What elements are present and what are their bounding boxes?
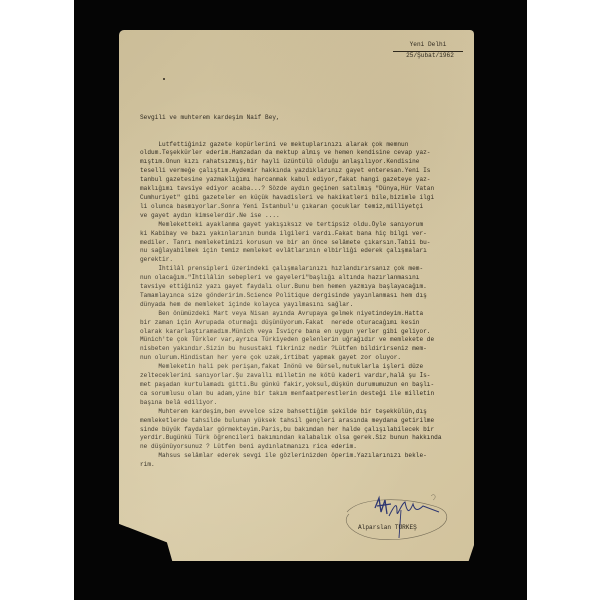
letter-line: maklığımı tavsiye ediyor acaba...? Sözde… (140, 185, 442, 194)
letter-line: oldum.Teşekkürler ederim.Hamzadan da mek… (140, 149, 442, 158)
letter-line: Münich'te çok Türkler var,ayrıca Türkiye… (140, 336, 442, 345)
letter-line: nun olurum.Hindistan her yere çok uzak,i… (140, 354, 442, 363)
signature-name: Alparslan TÜRKEŞ (358, 524, 417, 533)
letter-line: nun olacağım."İhtilâlin sebepleri ve gay… (140, 274, 442, 283)
letter-line: li olunca basmıyorlar.Sonra Yeni Istanbu… (140, 203, 442, 212)
letter-line: Lutfettiğiniz gazete kopürlerini ve mekt… (140, 141, 442, 150)
letter-line: Cumhuriyet" gibi gazeteler en küçük hava… (140, 194, 442, 203)
letter-line: Memleketin hali pek perişan,fakat İnönü … (140, 363, 442, 372)
letter-place: Yeni Delhi (393, 41, 463, 52)
letter-line: olarak kararlaştıramadım.Münich veya İsv… (140, 328, 442, 337)
letter-line: memleketlerde tahsilde bulunan yüksek ta… (140, 417, 442, 426)
letter-line: Muhterem kardeşim,ben evvelce size bahse… (140, 408, 442, 417)
letter-sheet: Yeni Delhi 25/Şubat/1962 Sevgili ve muht… (119, 30, 474, 561)
letter-line: Mahsus selâmlar ederek sevgi ile gözleri… (140, 452, 442, 461)
letter-line: zelteceklerini sanıyorlar.Şu zavallı mil… (140, 372, 442, 381)
letter-line: met paşadan kurtulamadı gitti.Bu günkü f… (140, 381, 442, 390)
letter-line: mıştım.Onun kızı rahatsızmış,bir hayli ü… (140, 158, 442, 167)
letter-line: yerdir.Bugünkü Türk öğrencileri bakımınd… (140, 434, 442, 443)
letter-line: nisbeten yakındır.Sizin bu husustaki fik… (140, 345, 442, 354)
letter-line: Tamamlayınca size gönderirim.Science Pol… (140, 292, 442, 301)
letter-line: rim. (140, 461, 442, 470)
letter-line: tavsiye ettiğiniz yazı gayet faydalı olu… (140, 283, 442, 292)
salutation: Sevgili ve muhterem kardeşim Naif Bey, (140, 114, 442, 123)
letter-line: Memleketteki ayaklanma gayet yakışıksız … (140, 221, 442, 230)
letter-line: ca sorumlusu olan bu adam,yine bir takım… (140, 390, 442, 399)
letter-line: nu sağlayabilmek için temiz memleket evl… (140, 247, 442, 256)
letter-date: 25/Şubat/1962 (395, 52, 465, 61)
ink-dot (163, 78, 165, 80)
letter-line: Ben önümüzdeki Mart veya Nisan ayında Av… (140, 310, 442, 319)
letter-line: İhtilâl prensipleri üzerindeki çalışmala… (140, 265, 442, 274)
signature-icon (339, 490, 459, 550)
letter-line: başına belâ ediliyor. (140, 399, 442, 408)
letter-lines: Lutfettiğiniz gazete kopürlerini ve mekt… (140, 141, 442, 471)
letter-line: ki Kabibay ve bazı yakınlarının bunda il… (140, 230, 442, 239)
letter-line: ve gayet aydın kimselerdir.Ne ise .... (140, 212, 442, 221)
letter-line: ne düşünüyorsunuz ? Lütfen beni aydınlat… (140, 443, 442, 452)
letter-line: tanbul gazetesine yazmaklığımı harcanmak… (140, 176, 442, 185)
letter-line: teselli vermeğe çalıştım.Aydemir hakkınd… (140, 167, 442, 176)
letter-line: bir zaman için Avrupada oturmağı düşünüy… (140, 319, 442, 328)
letter-line: mediler. Tanrı memleketimizi korusun ve … (140, 239, 442, 248)
letter-body: Sevgili ve muhterem kardeşim Naif Bey, L… (140, 96, 442, 488)
letter-line: sinde büyük faydalar görmekteyim.Paris,b… (140, 426, 442, 435)
letter-line: dünyada hem de memleket içinde kolayca y… (140, 301, 442, 310)
letter-line: gerektir. (140, 256, 442, 265)
